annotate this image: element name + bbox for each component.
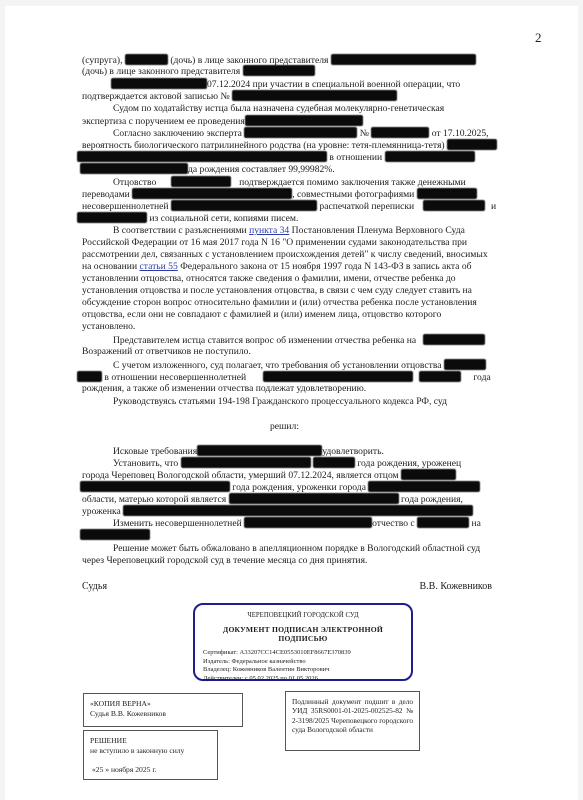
text-line: установлении отцовства, относятся также … — [82, 273, 487, 284]
text-line: вероятность биологического патрилинейног… — [82, 139, 487, 150]
redaction — [77, 212, 147, 223]
text-line: установлено. — [82, 321, 487, 332]
text-line: в отношении — [82, 151, 487, 162]
text-line: в отношении несовершеннолетней года — [82, 371, 487, 382]
text-line: Установить, что года рождения, уроженец — [82, 457, 487, 468]
text: установлено. — [82, 321, 135, 332]
redaction — [245, 115, 363, 126]
text: экспертиза с поручением ее проведения — [82, 116, 245, 127]
decision-status: не вступило в законную силу — [90, 746, 211, 756]
text-line: несовершеннолетней распечаткой переписки… — [82, 200, 487, 211]
text: переводами — [82, 189, 130, 200]
redaction — [368, 481, 480, 492]
text: и — [491, 201, 496, 212]
redaction — [417, 188, 477, 199]
text: Исковые требования — [113, 446, 197, 457]
text-line: города Череповец Вологодской области, ум… — [82, 469, 487, 480]
redaction — [232, 90, 397, 101]
text-line: через Череповецкий городской суд в течен… — [82, 555, 487, 566]
redaction — [423, 200, 485, 211]
signature-role: Судья — [82, 581, 107, 592]
text: года рождения, уроженец — [357, 458, 461, 469]
redaction — [244, 127, 357, 138]
text: 07.12.2024 при участии в специальной вое… — [207, 79, 460, 90]
esign-certificate: Сертификат: A33207CC14CE0553010EF8667E37… — [203, 649, 403, 658]
text: года — [473, 372, 490, 383]
redaction — [181, 457, 311, 468]
redaction — [313, 457, 355, 468]
text: в отношении — [329, 152, 382, 163]
text: года рождения, — [401, 494, 463, 505]
text-line: Возражений от ответчиков не поступило. — [82, 346, 487, 357]
page-number: 2 — [535, 30, 542, 46]
text: установления отцовства и после установле… — [82, 285, 472, 296]
redaction — [371, 127, 429, 138]
text: Возражений от ответчиков не поступило. — [82, 346, 251, 357]
text: Решение может быть обжаловано в апелляци… — [113, 543, 480, 554]
text-line: из социальной сети, копиями писем. — [82, 212, 487, 223]
electronic-signature-stamp: ЧЕРЕПОВЕЦКИЙ ГОРОДСКОЙ СУД ДОКУМЕНТ ПОДП… — [193, 603, 413, 681]
redaction — [171, 200, 317, 211]
redaction — [263, 371, 413, 382]
text-line: Российской Федерации от 16 мая 2017 года… — [82, 237, 487, 248]
text-line: Исковые требованияудовлетворить. — [82, 445, 487, 456]
text: Установить, что — [113, 458, 178, 469]
esign-issuer: Издатель: Федеральное казначейство — [203, 658, 403, 667]
text: распечаткой переписки — [319, 201, 414, 212]
redaction — [444, 359, 486, 370]
text: (дочь) в лице законного представителя — [82, 66, 240, 77]
redaction — [132, 188, 292, 199]
text: вероятность биологического патрилинейног… — [82, 140, 445, 151]
redaction — [331, 54, 476, 65]
redaction — [385, 151, 475, 162]
text-line: (супруга), (дочь) в лице законного предс… — [82, 54, 487, 65]
text: , совместными фотографиями — [292, 189, 414, 200]
text: Изменить несовершеннолетней — [113, 518, 242, 529]
text: на — [472, 518, 481, 529]
text: на основании — [82, 261, 137, 272]
copy-judge: Судья В.В. Кожевников — [90, 709, 236, 719]
redaction — [401, 469, 456, 480]
esign-owner: Владелец: Кожевников Валентин Викторович — [203, 666, 403, 675]
text: рождения, а также об изменении отчества … — [82, 383, 366, 394]
esign-title: ДОКУМЕНТ ПОДПИСАН ЭЛЕКТРОННОЙ ПОДПИСЬЮ — [203, 625, 403, 643]
link-statya-55[interactable]: статьи 55 — [140, 261, 178, 272]
text: города Череповец Вологодской области, ум… — [82, 470, 399, 481]
redaction — [229, 493, 399, 504]
esign-valid: Действителен: с 05.02.2025 по 01.05.2026 — [203, 675, 403, 684]
redaction — [111, 78, 207, 89]
text: подтверждается помимо заключения также д… — [239, 177, 466, 188]
redaction — [171, 176, 231, 187]
text: через Череповецкий городской суд в течен… — [82, 555, 367, 566]
decision-heading: решил: — [82, 421, 487, 432]
text: В соответствии с разъяснениями — [113, 225, 247, 236]
redaction — [80, 529, 150, 540]
redaction — [77, 151, 327, 162]
redaction — [80, 481, 230, 492]
text-line: Представителем истца ставится вопрос об … — [82, 334, 487, 345]
text-line: С учетом изложенного, суд полагает, что … — [82, 359, 487, 370]
text: Руководствуясь статьями 194-198 Гражданс… — [113, 396, 447, 407]
text: области, матерью которой является — [82, 494, 226, 505]
text: Отцовство — [113, 177, 156, 188]
text-line: экспертиза с поручением ее проведения — [82, 115, 487, 126]
redaction — [80, 163, 188, 174]
text-line: на основании статьи 55 Федерального зако… — [82, 261, 487, 272]
text: Представителем истца ставится вопрос об … — [113, 335, 416, 346]
text-line: Руководствуясь статьями 194-198 Гражданс… — [82, 396, 487, 407]
text-line: области, матерью которой является года р… — [82, 493, 487, 504]
redaction — [123, 505, 473, 516]
text-line: уроженка — [82, 505, 487, 516]
text-line: отцовства, если они не совпадают с фамил… — [82, 309, 487, 320]
text: рассмотрении дел, связанных с установлен… — [82, 249, 488, 260]
document-page: 2 (супруга), (дочь) в лице законного пре… — [5, 6, 578, 800]
text-line: Отцовство подтверждается помимо заключен… — [82, 176, 487, 187]
redaction — [417, 517, 469, 528]
text: Российской Федерации от 16 мая 2017 года… — [82, 237, 467, 248]
text-line: года рождения, уроженки города — [82, 481, 487, 492]
redaction — [197, 445, 322, 456]
text: Постановления Пленума Верховного Суда — [292, 225, 465, 236]
text: удовлетворить. — [322, 446, 384, 457]
signature-row: Судья В.В. Кожевников — [82, 581, 492, 592]
redaction — [419, 371, 461, 382]
redaction — [77, 371, 102, 382]
copy-verified-stamp: «КОПИЯ ВЕРНА» Судья В.В. Кожевников — [83, 693, 243, 727]
text-line: Изменить несовершеннолетней отчество с н… — [82, 517, 487, 528]
signature-name: В.В. Кожевников — [420, 581, 492, 592]
decision-date: «25 » ноября 2025 г. — [90, 765, 211, 775]
text-line: рассмотрении дел, связанных с установлен… — [82, 249, 487, 260]
redaction — [244, 517, 372, 528]
text: несовершеннолетней — [82, 201, 169, 212]
text: обсуждение сторон вопрос относительно фа… — [82, 297, 477, 308]
text-line: Согласно заключению эксперта № от 17.10.… — [82, 127, 487, 138]
copy-title: «КОПИЯ ВЕРНА» — [90, 699, 236, 709]
text: № — [360, 128, 369, 139]
text: Согласно заключению эксперта — [113, 128, 242, 139]
text-line: обсуждение сторон вопрос относительно фа… — [82, 297, 487, 308]
redaction — [125, 54, 168, 65]
redaction — [243, 65, 315, 76]
decision-status-stamp: РЕШЕНИЕ не вступило в законную силу «25 … — [83, 730, 218, 780]
text: уроженка — [82, 506, 121, 517]
text-line: В соответствии с разъяснениями пункта 34… — [82, 225, 487, 236]
text: от 17.10.2025, — [432, 128, 489, 139]
text: из социальной сети, копиями писем. — [149, 213, 298, 224]
text-line — [82, 529, 487, 540]
text: С учетом изложенного, суд полагает, что … — [113, 360, 442, 371]
text-line: установления отцовства и после установле… — [82, 285, 487, 296]
text-line: Судом по ходатайству истца была назначен… — [82, 103, 487, 114]
text-line: да рождения составляет 99,99982%. — [82, 163, 487, 174]
esign-court: ЧЕРЕПОВЕЦКИЙ ГОРОДСКОЙ СУД — [203, 612, 403, 619]
text-line: Решение может быть обжаловано в апелляци… — [82, 543, 487, 554]
text: Судом по ходатайству истца была назначен… — [113, 103, 444, 114]
text: да рождения составляет 99,99982%. — [188, 164, 335, 175]
text: Федерального закона от 15 ноября 1997 го… — [180, 261, 471, 272]
decision-title: РЕШЕНИЕ — [90, 736, 211, 746]
text: подтверждается актовой записью № — [82, 91, 230, 102]
redaction — [447, 139, 497, 150]
text: установлении отцовства, относятся также … — [82, 273, 456, 284]
text: отцовства, если они не совпадают с фамил… — [82, 309, 441, 320]
text-line: рождения, а также об изменении отчества … — [82, 383, 487, 394]
link-punkt-34[interactable]: пункта 34 — [249, 225, 289, 236]
redaction — [423, 334, 485, 345]
text-line: переводами , совместными фотографиями — [82, 188, 487, 199]
text-line: (дочь) в лице законного представителя — [82, 65, 487, 76]
text-line: подтверждается актовой записью № — [82, 90, 487, 101]
text: отчество с — [372, 518, 415, 529]
original-document-stamp: Подлинный документ подшит в дело УИД 35R… — [285, 691, 420, 751]
text: в отношении несовершеннолетней — [104, 372, 246, 383]
text-line: 07.12.2024 при участии в специальной вое… — [82, 78, 487, 89]
text: года рождения, уроженки города — [232, 482, 366, 493]
